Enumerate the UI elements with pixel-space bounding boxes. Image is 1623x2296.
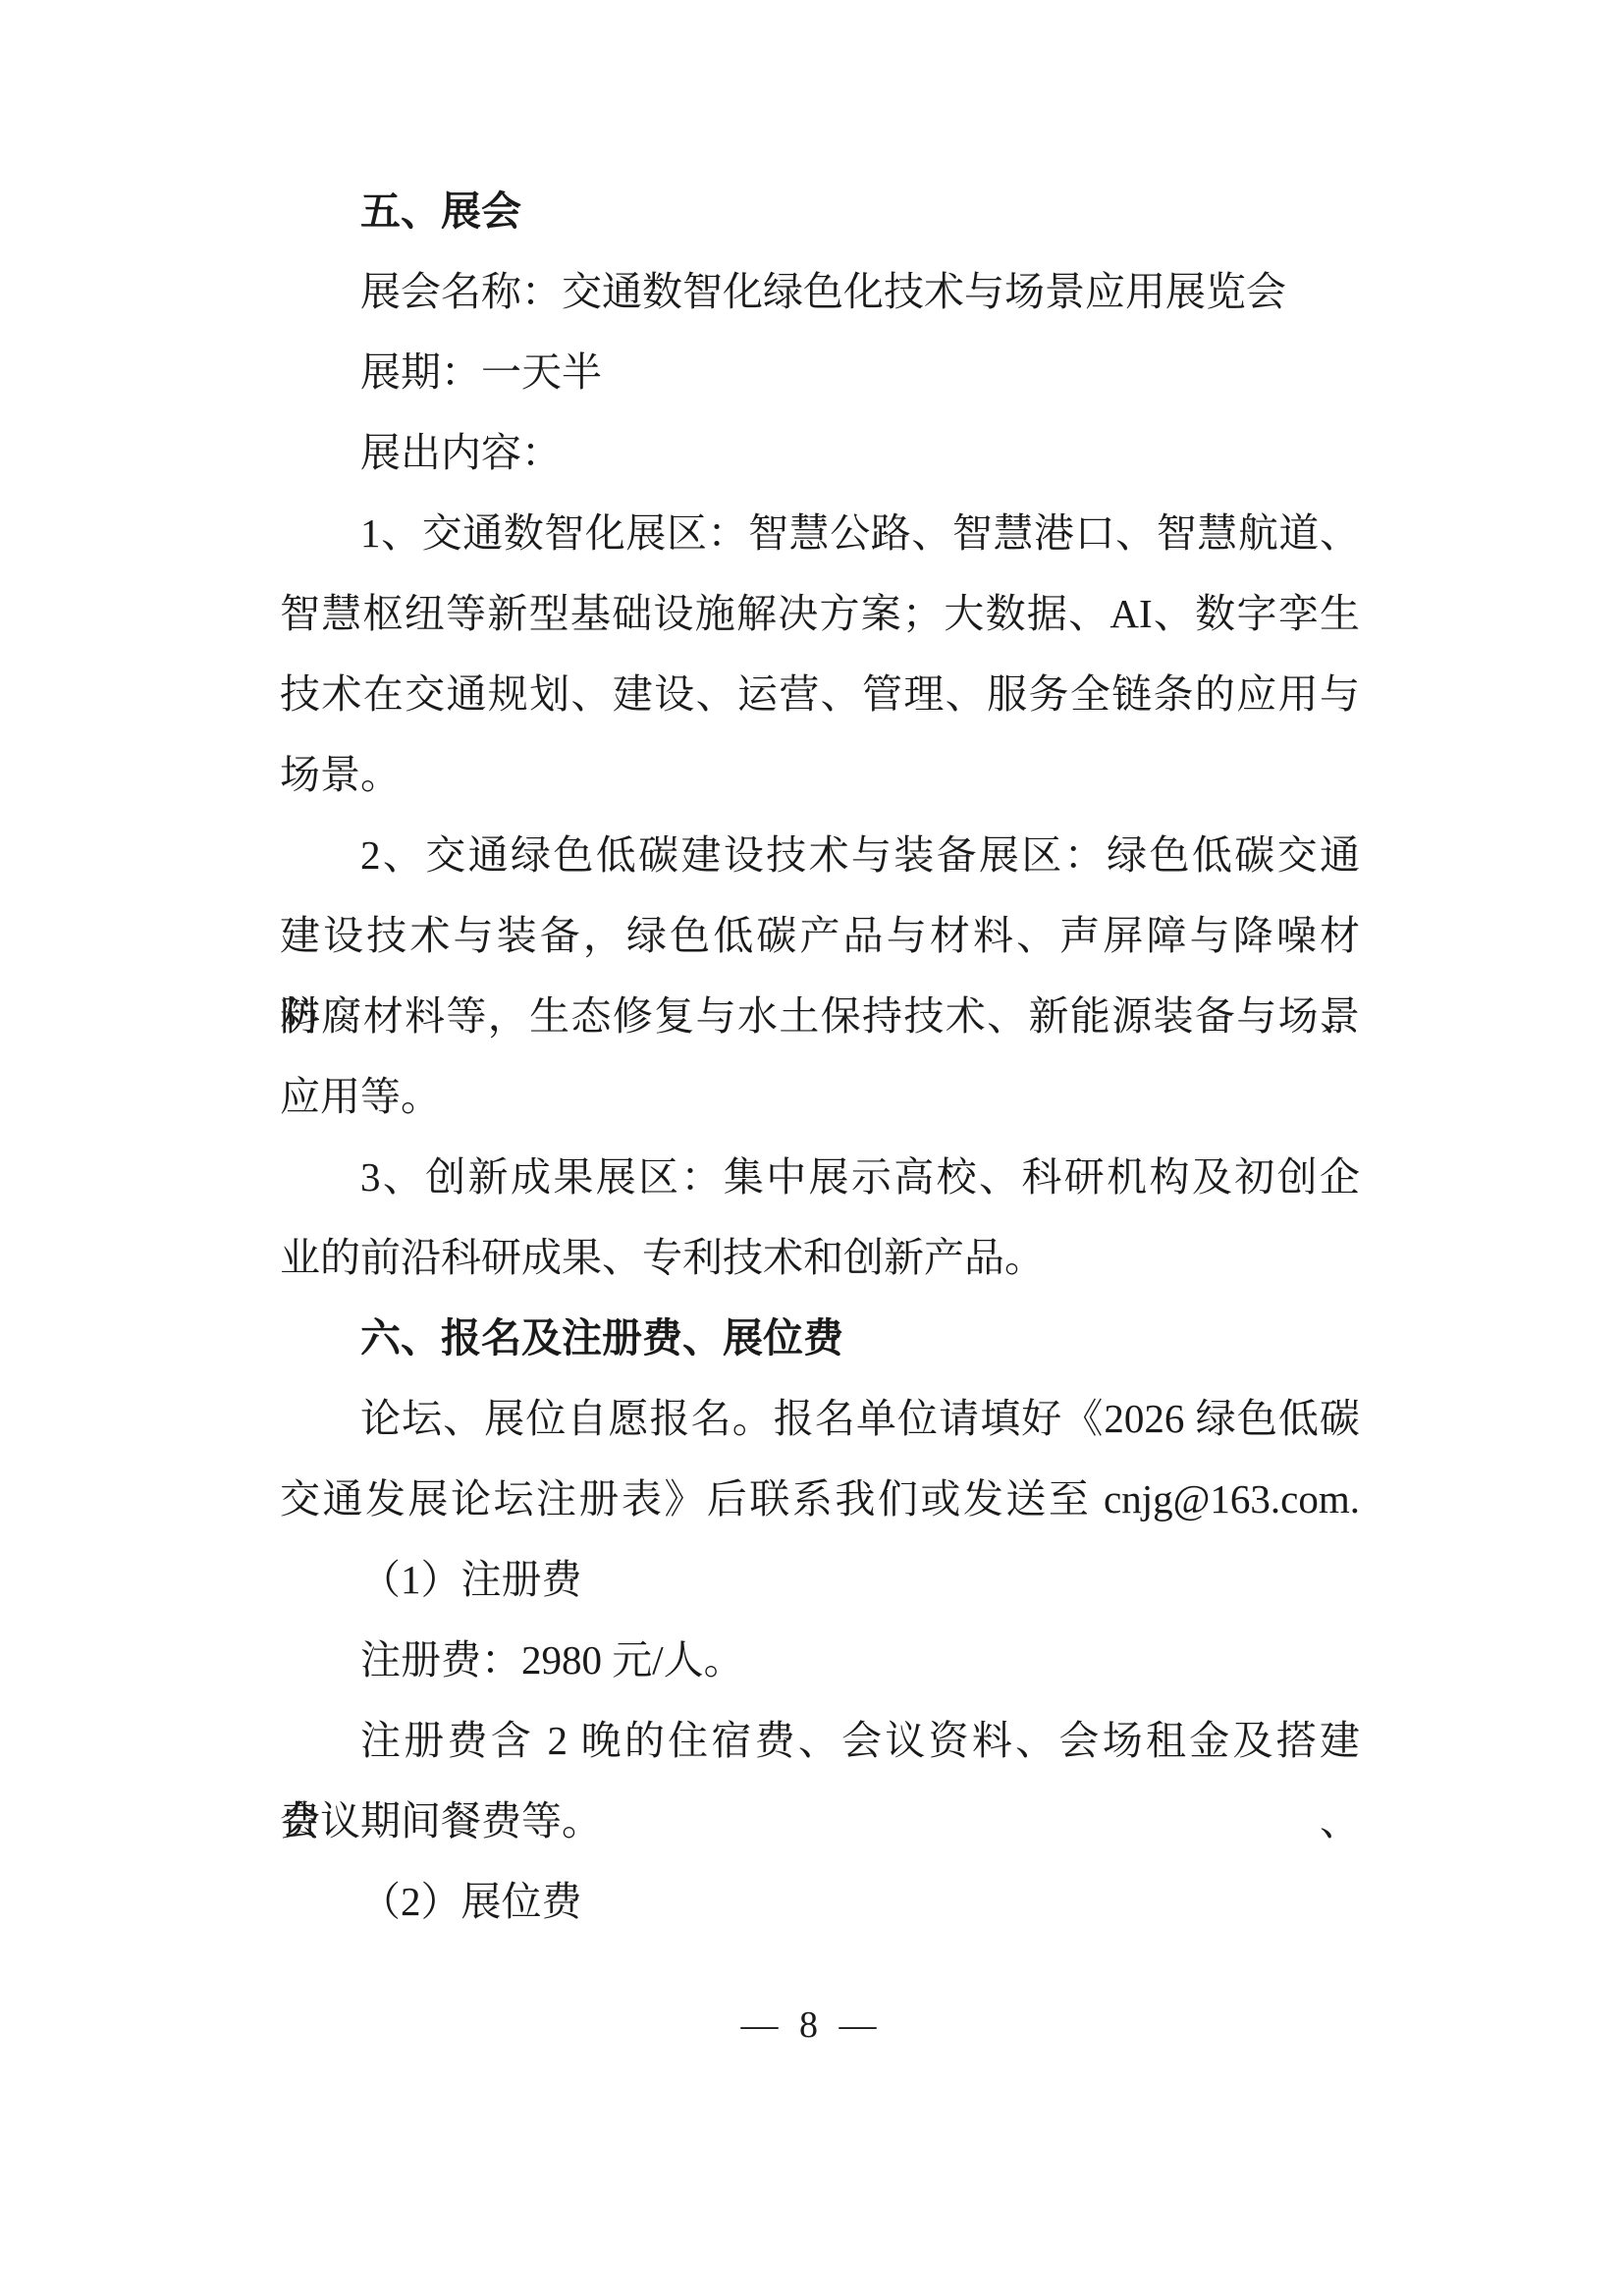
- section-heading: 六、报名及注册费、展位费: [280, 1298, 1360, 1378]
- section-heading: 五、展会: [280, 171, 1360, 251]
- page-footer: — 8 —: [0, 1993, 1623, 2057]
- text-line: 3、创新成果展区：集中展示高校、科研机构及初创企: [280, 1137, 1360, 1217]
- text-line: （2）展位费: [280, 1861, 1360, 1942]
- text-line: 注册费：2980 元/人。: [280, 1620, 1360, 1700]
- text-line: 场景。: [280, 734, 1360, 815]
- text-line: 应用等。: [280, 1056, 1360, 1137]
- text-line: 业的前沿科研成果、专利技术和创新产品。: [280, 1217, 1360, 1298]
- text-line: 建设技术与装备，绿色低碳产品与材料、声屏障与降噪材料、: [280, 895, 1360, 976]
- text-line: 防腐材料等，生态修复与水土保持技术、新能源装备与场景: [280, 976, 1360, 1056]
- text-line: 2、交通绿色低碳建设技术与装备展区：绿色低碳交通: [280, 815, 1360, 895]
- text-line: 展出内容：: [280, 412, 1360, 493]
- text-line: 注册费含 2 晚的住宿费、会议资料、会场租金及搭建费、: [280, 1700, 1360, 1781]
- text-line: 展会名称：交通数智化绿色化技术与场景应用展览会: [280, 251, 1360, 332]
- document-body: 五、展会展会名称：交通数智化绿色化技术与场景应用展览会展期：一天半展出内容：1、…: [280, 171, 1360, 1942]
- text-line: 1、交通数智化展区：智慧公路、智慧港口、智慧航道、: [280, 493, 1360, 573]
- page-number: — 8 —: [741, 2004, 883, 2046]
- text-line: （1）注册费: [280, 1539, 1360, 1620]
- text-line: 智慧枢纽等新型基础设施解决方案；大数据、AI、数字孪生: [280, 573, 1360, 654]
- text-line: 技术在交通规划、建设、运营、管理、服务全链条的应用与: [280, 654, 1360, 734]
- text-line: 展期：一天半: [280, 332, 1360, 412]
- text-line: 交通发展论坛注册表》后联系我们或发送至 cnjg@163.com.: [280, 1459, 1360, 1539]
- document-page: 五、展会展会名称：交通数智化绿色化技术与场景应用展览会展期：一天半展出内容：1、…: [0, 0, 1623, 2296]
- text-line: 论坛、展位自愿报名。报名单位请填好《2026 绿色低碳: [280, 1378, 1360, 1459]
